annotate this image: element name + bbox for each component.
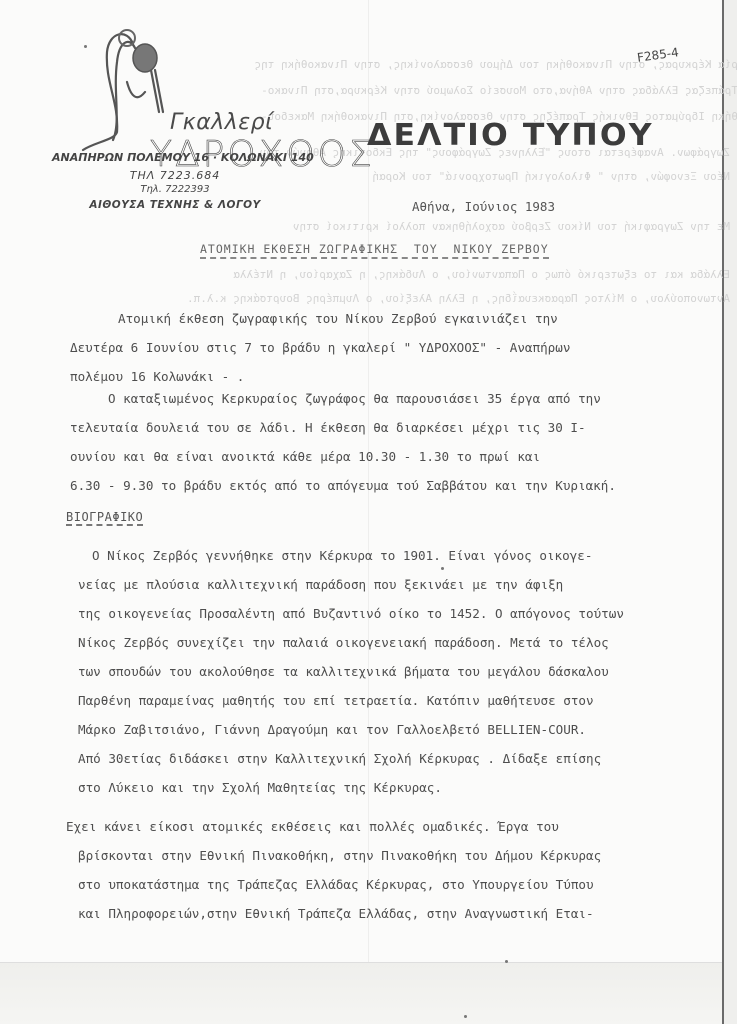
text-line: βρίσκονται στην Εθνική Πινακοθήκη, στην …: [66, 841, 706, 870]
text-line: νείας με πλούσια καλλιτεχνική παράδοση π…: [78, 570, 718, 599]
gallery-address: ΑΝΑΠΗΡΩΝ ΠΟΛΕΜΟΥ 16 · ΚΟΛΩΝΑΚΙ 140: [52, 151, 302, 164]
bleed-line: Με την Ζωγραφική του Νίκου Ζερβού ασχολή…: [293, 220, 730, 233]
biography-heading: ΒΙΟΓΡΑΦΙΚΟ: [66, 510, 143, 526]
biography-paragraph: Ο Νίκος Ζερβός γεννήθηκε στην Κέρκυρα το…: [78, 541, 718, 802]
text-line: τελευταία δουλειά του σε λάδι. Η έκθεση …: [70, 413, 718, 442]
intro-paragraph: Ατομική έκθεση ζωγραφικής του Νίκου Ζερβ…: [78, 304, 718, 391]
text-line: 6.30 - 9.30 το βράδυ εκτός από το απόγευ…: [70, 471, 718, 500]
text-line: Ατομική έκθεση ζωγραφικής του Νίκου Ζερβ…: [78, 304, 718, 333]
text-line: Μάρκο Ζαβιτσιάνο, Γιάννη Δραγούμη και το…: [78, 715, 718, 744]
scan-speck: [441, 567, 444, 570]
text-line: Δευτέρα 6 Ιουνίου στις 7 το βράδυ η γκαλ…: [70, 333, 718, 362]
exhibition-heading: ΑΤΟΜΙΚΗ ΕΚΘΕΣΗ ΖΩΓΡΑΦΙΚΗΣ ΤΟΥ ΝΙΚΟΥ ΖΕΡΒ…: [200, 242, 549, 259]
exhibitions-paragraph: Εχει κάνει είκοσι ατομικές εκθέσεις και …: [66, 812, 706, 928]
text-line: στο Λύκειο και την Σχολή Μαθητείας της Κ…: [78, 773, 718, 802]
gallery-phone-1: ΤΗΛ 7223.684: [55, 169, 295, 182]
scan-speck: [464, 1015, 467, 1018]
press-release-title: ΔΕΛΤΙΟ ΤΥΠΟΥ: [367, 118, 654, 153]
text-line: και Πληροφορειών,στην Εθνική Τράπεζα Ελλ…: [66, 899, 706, 928]
text-line: Νίκος Ζερβός συνεχίζει την παλαιά οικογε…: [78, 628, 718, 657]
gallery-tagline: ΑΙΘΟΥΣΑ ΤΕΧΝΗΣ & ΛΟΓΟΥ: [55, 199, 295, 211]
text-line: Ο Νίκος Ζερβός γεννήθηκε στην Κέρκυρα το…: [78, 541, 718, 570]
bleed-line: Ελλάδα και το εξωτερικό όπως ο Παπαντωνί…: [233, 268, 730, 281]
text-line: Από 30ετίας διδάσκει στην Καλλιτεχνική Σ…: [78, 744, 718, 773]
text-line: ουνίου και θα είναι ανοικτά κάθε μέρα 10…: [70, 442, 718, 471]
text-line: στο υποκατάστημα της Τράπεζας Ελλάδας Κέ…: [66, 870, 706, 899]
gallery-word: Γκαλλερί: [170, 110, 273, 135]
details-paragraph: Ο καταξιωμένος Κερκυραίος ζωγράφος θα πα…: [78, 384, 718, 500]
text-line: Παρθένη παραμείνας μαθητής του επί τετρα…: [78, 686, 718, 715]
page-bottom-fold: [0, 962, 722, 1024]
scan-speck: [84, 45, 87, 48]
gallery-phone-2: Τηλ. 7222393: [55, 184, 295, 195]
text-line: Ο καταξιωμένος Κερκυραίος ζωγράφος θα πα…: [78, 384, 718, 413]
text-line: Εχει κάνει είκοσι ατομικές εκθέσεις και …: [66, 812, 706, 841]
bleed-line: Τράπεζας Ελλάδας στην Αθήνα,στο Μουσείο …: [261, 84, 737, 97]
text-line: των σπουδών του ακολούθησε τα καλλιτεχνι…: [78, 657, 718, 686]
bleed-line: Νέου Ξενοφών, στην " Φιλολογική Πρωτοχρο…: [372, 170, 730, 183]
dateline: Αθήνα, Ιούνιος 1983: [412, 199, 555, 214]
scan-speck: [505, 960, 508, 963]
text-line: της οικογενείας Προσαλέντη από Βυζαντινό…: [78, 599, 718, 628]
gallery-logo: Γκαλλερί ΥΔΡΟΧΟΟΣ: [55, 22, 305, 157]
